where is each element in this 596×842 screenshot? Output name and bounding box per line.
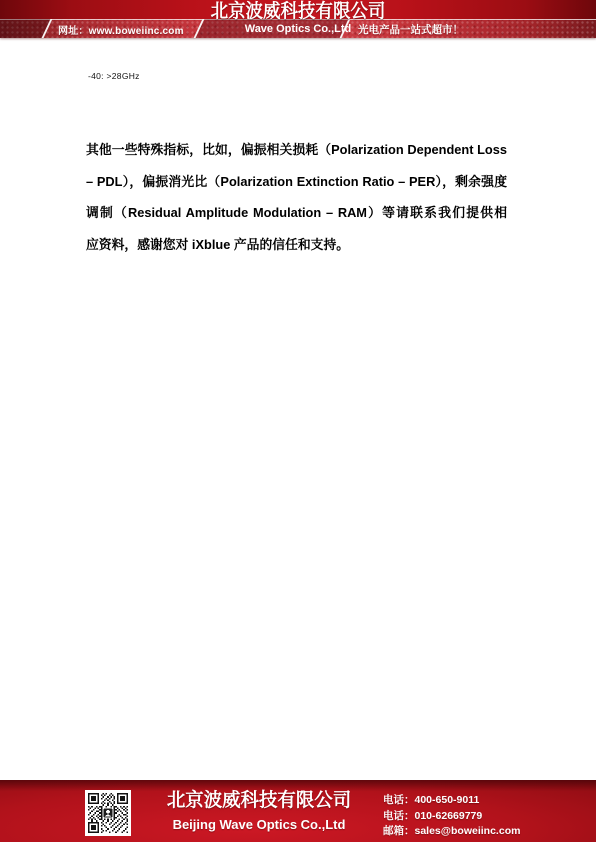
paragraph-line: 调制（Residual Amplitude Modulation – RAM）等… (86, 197, 507, 229)
spec-note: -40: >28GHz (88, 71, 140, 81)
footer-company-en: Beijing Wave Optics Co.,Ltd (163, 817, 355, 832)
qr-code (85, 790, 131, 836)
paragraph-line: – PDL），偏振消光比（Polarization Extinction Rat… (86, 166, 507, 198)
paragraph-line: 应资料，感谢您对 iXblue 产品的信任和支持。 (86, 229, 507, 261)
company-title-cn: 北京波威科技有限公司 (24, 1, 572, 23)
paragraph-line: 其他一些特殊指标，比如，偏振相关损耗（Polarization Dependen… (86, 134, 507, 166)
document-page: 网址：www.boweiinc.com 光电产品一站式超市！ 北京波威科技有限公… (0, 0, 596, 842)
qr-code-icon (88, 793, 128, 833)
footer-contacts: 电话：400-650-9011 电话：010-62669779 邮箱：sales… (383, 793, 520, 840)
body-paragraph: 其他一些特殊指标，比如，偏振相关损耗（Polarization Dependen… (86, 134, 507, 261)
company-title-en: Wave Optics Co.,Ltd (0, 23, 596, 35)
footer-company-block: 北京波威科技有限公司 Beijing Wave Optics Co.,Ltd (163, 789, 355, 832)
page-header: 网址：www.boweiinc.com 光电产品一站式超市！ 北京波威科技有限公… (0, 0, 596, 38)
contact-phone-1: 电话：400-650-9011 (383, 793, 520, 809)
footer-company-cn: 北京波威科技有限公司 (166, 789, 352, 813)
contact-email: 邮箱：sales@boweiinc.com (383, 824, 520, 840)
page-footer: 北京波威科技有限公司 Beijing Wave Optics Co.,Ltd 电… (0, 780, 596, 842)
contact-phone-2: 电话：010-62669779 (383, 809, 520, 825)
